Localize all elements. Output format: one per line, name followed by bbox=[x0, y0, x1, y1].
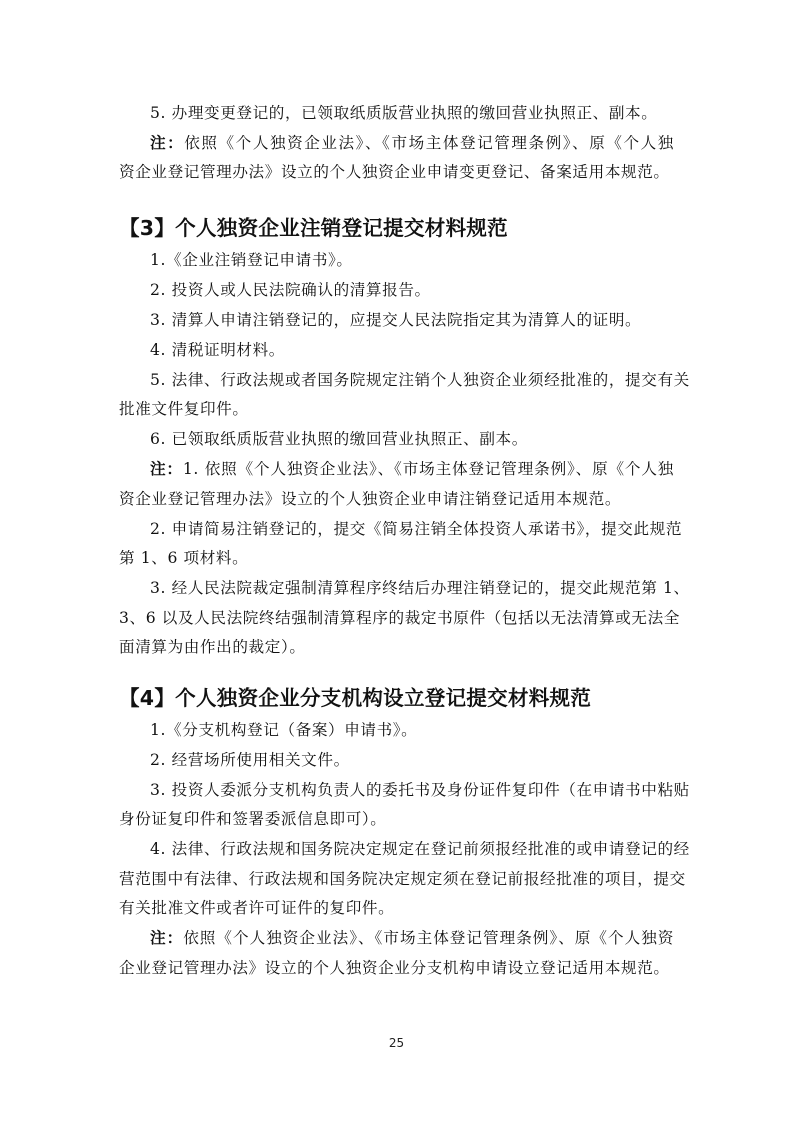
prev-note-line-1: 依照《个人独资企业法》、《市场主体登记管理条例》、原《个人独 bbox=[184, 134, 674, 152]
section-4-note-line-1: 依照《个人独资企业法》、《市场主体登记管理条例》、原《个人独资 bbox=[183, 929, 674, 947]
section-3-note-3-line-3: 面清算为由作出的裁定）。 bbox=[119, 637, 674, 657]
section-4-note: 注：依照《个人独资企业法》、《市场主体登记管理条例》、原《个人独资 bbox=[119, 928, 674, 948]
prev-item-5: 5. 办理变更登记的，已领取纸质版营业执照的缴回营业执照正、副本。 bbox=[119, 103, 674, 123]
note-label: 注： bbox=[150, 133, 184, 152]
section-3-item-2: 2. 投资人或人民法院确认的清算报告。 bbox=[119, 280, 674, 300]
section-4-item-1: 1.《分支机构登记（备案）申请书》。 bbox=[119, 720, 674, 740]
section-3-heading: 【3】个人独资企业注销登记提交材料规范 bbox=[119, 215, 508, 241]
page-number: 25 bbox=[0, 1036, 793, 1050]
section-3-note-3-line-1: 3. 经人民法院裁定强制清算程序终结后办理注销登记的，提交此规范第 1、 bbox=[119, 578, 674, 598]
section-3-note-1: 注：1. 依照《个人独资企业法》、《市场主体登记管理条例》、原《个人独 bbox=[119, 459, 674, 479]
section-4-item-3-line-2: 身份证复印件和签署委派信息即可）。 bbox=[119, 809, 674, 829]
section-3-note-3-line-2: 3、6 以及人民法院终结强制清算程序的裁定书原件（包括以无法清算或无法全 bbox=[119, 608, 674, 628]
section-3-item-5-line-2: 批准文件复印件。 bbox=[119, 399, 674, 419]
section-4-heading: 【4】个人独资企业分支机构设立登记提交材料规范 bbox=[119, 685, 591, 711]
section-3-item-5-line-1: 5. 法律、行政法规或者国务院规定注销个人独资企业须经批准的，提交有关 bbox=[119, 370, 674, 390]
prev-note-line-2: 资企业登记管理办法》设立的个人独资企业申请变更登记、备案适用本规范。 bbox=[119, 162, 674, 182]
section-3-item-4: 4. 清税证明材料。 bbox=[119, 340, 674, 360]
section-3-note-2-line-2: 第 1、6 项材料。 bbox=[119, 548, 674, 568]
section-4-note-line-2: 企业登记管理办法》设立的个人独资企业分支机构申请设立登记适用本规范。 bbox=[119, 958, 674, 978]
section-3-item-3: 3. 清算人申请注销登记的，应提交人民法院指定其为清算人的证明。 bbox=[119, 310, 674, 330]
section-4-item-4-line-1: 4. 法律、行政法规和国务院决定规定在登记前须报经批准的或申请登记的经 bbox=[119, 839, 674, 859]
section-4-item-4-line-3: 有关批准文件或者许可证件的复印件。 bbox=[119, 898, 674, 918]
section-3-note-1-line-1: 1. 依照《个人独资企业法》、《市场主体登记管理条例》、原《个人独 bbox=[183, 460, 674, 478]
section-4-item-4-line-2: 营范围中有法律、行政法规和国务院决定规定须在登记前报经批准的项目，提交 bbox=[119, 869, 674, 889]
section-4-item-2: 2. 经营场所使用相关文件。 bbox=[119, 750, 674, 770]
section-4-item-3-line-1: 3. 投资人委派分支机构负责人的委托书及身份证件复印件（在申请书中粘贴 bbox=[119, 780, 674, 800]
section-3-note-2-line-1: 2. 申请简易注销登记的，提交《简易注销全体投资人承诺书》，提交此规范 bbox=[119, 519, 674, 539]
section-3-item-6: 6. 已领取纸质版营业执照的缴回营业执照正、副本。 bbox=[119, 429, 674, 449]
section-3-item-1: 1.《企业注销登记申请书》。 bbox=[119, 250, 674, 270]
note-label: 注： bbox=[150, 928, 183, 947]
section-3-note-1-line-2: 资企业登记管理办法》设立的个人独资企业申请注销登记适用本规范。 bbox=[119, 489, 674, 509]
prev-note: 注：依照《个人独资企业法》、《市场主体登记管理条例》、原《个人独 bbox=[119, 133, 674, 153]
note-label: 注： bbox=[150, 459, 183, 478]
